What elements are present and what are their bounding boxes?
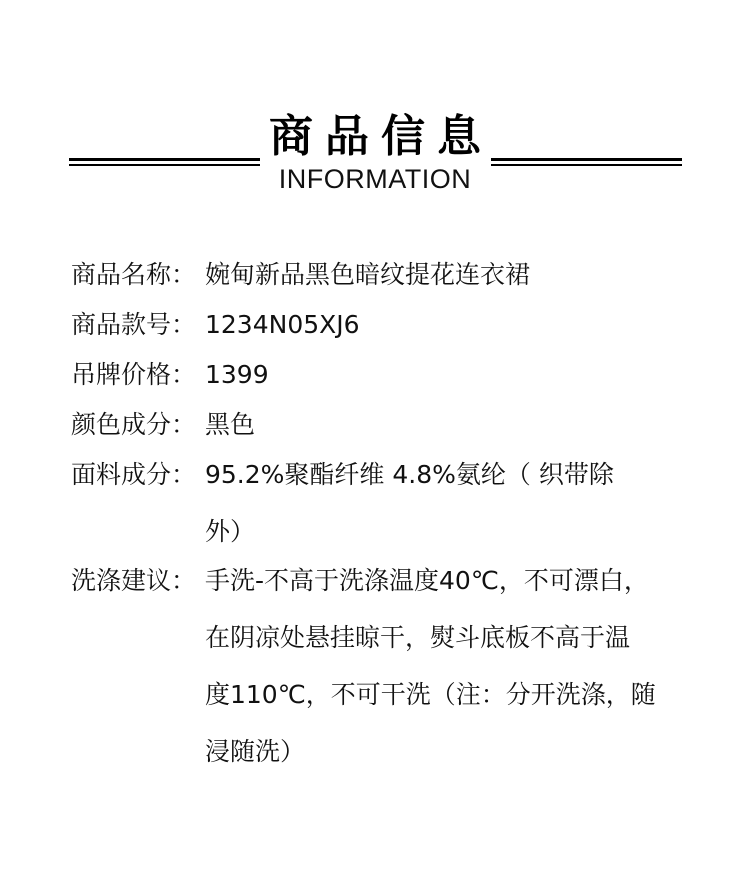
section-header: 商品信息 INFORMATION (0, 0, 750, 210)
info-value-line: 婉甸新品黑色暗纹提花连衣裙 (205, 246, 691, 303)
info-value-line: 浸随洗） (205, 723, 691, 780)
section-title: 商品信息 (0, 112, 750, 162)
info-row-fabric: 面料成分： 95.2%聚酯纤维 4.8%氨纶（ 织带除 外） (71, 454, 691, 560)
info-value: 95.2%聚酯纤维 4.8%氨纶（ 织带除 外） (205, 446, 691, 560)
info-value-line: 1234N05XJ6 (205, 296, 691, 353)
info-value: 手洗-不高于洗涤温度40℃，不可漂白， 在阴凉处悬挂晾干，熨斗底板不高于温 度1… (205, 552, 691, 780)
section-subtitle: INFORMATION (0, 164, 750, 194)
info-value-line: 手洗-不高于洗涤温度40℃，不可漂白， (205, 552, 691, 609)
info-value: 1234N05XJ6 (205, 296, 691, 353)
info-value-line: 95.2%聚酯纤维 4.8%氨纶（ 织带除 (205, 446, 691, 503)
info-value: 1399 (205, 346, 691, 403)
info-label: 洗涤建议： (71, 552, 205, 610)
info-value-line: 在阴凉处悬挂晾干，熨斗底板不高于温 (205, 609, 691, 666)
info-value: 婉甸新品黑色暗纹提花连衣裙 (205, 246, 691, 303)
product-info-list: 商品名称： 婉甸新品黑色暗纹提花连衣裙 商品款号： 1234N05XJ6 吊牌价… (71, 254, 691, 780)
rule-thick-line (491, 158, 682, 161)
info-row-wash-care: 洗涤建议： 手洗-不高于洗涤温度40℃，不可漂白， 在阴凉处悬挂晾干，熨斗底板不… (71, 560, 691, 780)
info-value: 黑色 (205, 396, 691, 453)
info-value-line: 1399 (205, 346, 691, 403)
info-value-line: 黑色 (205, 396, 691, 453)
info-value-line: 度110℃，不可干洗（注：分开洗涤，随 (205, 666, 691, 723)
info-label: 面料成分： (71, 446, 205, 504)
